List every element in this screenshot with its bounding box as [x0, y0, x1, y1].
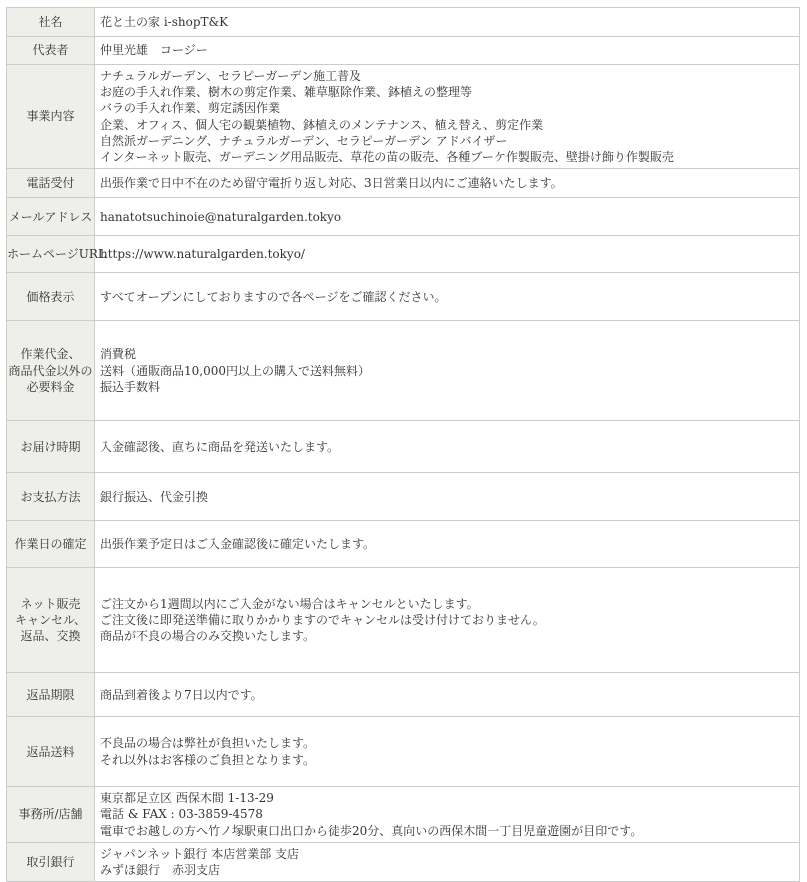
row-value-line: 東京都足立区 西保木間 1-13-29 [100, 790, 793, 806]
row-label-line: 返品、交換 [7, 628, 94, 644]
row-label: ネット販売キャンセル、返品、交換 [7, 568, 95, 673]
row-value: すべてオープンにしておりますので各ページをご確認ください。 [95, 273, 800, 321]
row-value: ナチュラルガーデン、セラピーガーデン施工普及お庭の手入れ作業、樹木の剪定作業、雑… [95, 65, 800, 169]
row-return-deadline: 返品期限 商品到着後より7日以内です。 [7, 673, 800, 717]
row-label-line: メールアドレス [7, 209, 94, 225]
row-value-line: ナチュラルガーデン、セラピーガーデン施工普及 [100, 68, 793, 84]
row-label: 作業日の確定 [7, 521, 95, 568]
row-label-line: 商品代金以外の [7, 363, 94, 379]
row-homepage-url: ホームページURL https://www.naturalgarden.toky… [7, 236, 800, 273]
row-value-line: 電車でお越しの方へ竹ノ塚駅東口出口から徒歩20分、真向いの西保木間一丁目児童遊園… [100, 823, 793, 839]
row-additional-fees: 作業代金、商品代金以外の必要料金 消費税送料（通販商品10,000円以上の購入で… [7, 321, 800, 421]
row-value-line: ご注文から1週間以内にご入金がない場合はキャンセルといたします。 [100, 596, 793, 612]
row-label-line: 必要料金 [7, 379, 94, 395]
row-value-line: 商品が不良の場合のみ交換いたします。 [100, 628, 793, 644]
row-label-line: ネット販売 [7, 596, 94, 612]
row-value-line: 花と土の家 i-shopT&K [100, 14, 793, 30]
company-info-table-body: 社名 花と土の家 i-shopT&K 代表者 仲里光雄 コージー 事業内容 ナチ… [7, 8, 800, 882]
row-return-shipping-fee: 返品送料 不良品の場合は弊社が負担いたします。それ以外はお客様のご負担となります… [7, 717, 800, 787]
row-value-line: それ以外はお客様のご負担となります。 [100, 752, 793, 768]
row-label-line: 返品期限 [7, 687, 94, 703]
row-value-line: 振込手数料 [100, 379, 793, 395]
row-value-line: hanatotsuchinoie@naturalgarden.tokyo [100, 209, 793, 225]
row-label: 返品期限 [7, 673, 95, 717]
row-value: hanatotsuchinoie@naturalgarden.tokyo [95, 198, 800, 236]
row-value-line: https://www.naturalgarden.tokyo/ [100, 246, 793, 262]
row-value-line: ジャパンネット銀行 本店営業部 支店 [100, 846, 793, 862]
row-value: 不良品の場合は弊社が負担いたします。それ以外はお客様のご負担となります。 [95, 717, 800, 787]
row-label-line: 価格表示 [7, 289, 94, 305]
row-label: メールアドレス [7, 198, 95, 236]
row-value: 銀行振込、代金引換 [95, 473, 800, 521]
row-label-line: 代表者 [7, 42, 94, 58]
row-value-line: 商品到着後より7日以内です。 [100, 687, 793, 703]
row-value: ジャパンネット銀行 本店営業部 支店みずほ銀行 赤羽支店 [95, 842, 800, 881]
row-label-line: お届け時期 [7, 439, 94, 455]
row-value-line: 自然派ガーデニング、ナチュラルガーデン、セラピーガーデン アドバイザー [100, 133, 793, 149]
row-value: 東京都足立区 西保木間 1-13-29電話 & FAX : 03-3859-45… [95, 787, 800, 843]
row-value: 出張作業予定日はご入金確認後に確定いたします。 [95, 521, 800, 568]
company-info-table: 社名 花と土の家 i-shopT&K 代表者 仲里光雄 コージー 事業内容 ナチ… [6, 7, 800, 882]
row-price-display: 価格表示 すべてオープンにしておりますので各ページをご確認ください。 [7, 273, 800, 321]
row-value-line: 入金確認後、直ちに商品を発送いたします。 [100, 439, 793, 455]
row-label: お届け時期 [7, 421, 95, 473]
row-value: 出張作業で日中不在のため留守電折り返し対応、3日営業日以内にご連絡いたします。 [95, 169, 800, 198]
row-label: 電話受付 [7, 169, 95, 198]
row-company-name: 社名 花と土の家 i-shopT&K [7, 8, 800, 37]
row-email-address: メールアドレス hanatotsuchinoie@naturalgarden.t… [7, 198, 800, 236]
row-label: 事務所/店舗 [7, 787, 95, 843]
row-label-line: 電話受付 [7, 175, 94, 191]
row-value-line: みずほ銀行 赤羽支店 [100, 862, 793, 878]
row-value: 仲里光雄 コージー [95, 37, 800, 65]
row-cancellation-return-exchange: ネット販売キャンセル、返品、交換 ご注文から1週間以内にご入金がない場合はキャン… [7, 568, 800, 673]
row-representative: 代表者 仲里光雄 コージー [7, 37, 800, 65]
page: 社名 花と土の家 i-shopT&K 代表者 仲里光雄 コージー 事業内容 ナチ… [0, 0, 807, 865]
row-phone-reception: 電話受付 出張作業で日中不在のため留守電折り返し対応、3日営業日以内にご連絡いた… [7, 169, 800, 198]
row-value-line: 送料（通販商品10,000円以上の購入で送料無料） [100, 363, 793, 379]
row-label: ホームページURL [7, 236, 95, 273]
row-value-line: インターネット販売、ガーデニング用品販売、草花の苗の販売、各種ブーケ作製販売、壁… [100, 149, 793, 165]
row-label-line: 事務所/店舗 [7, 806, 94, 822]
row-value: 消費税送料（通販商品10,000円以上の購入で送料無料）振込手数料 [95, 321, 800, 421]
row-label: 取引銀行 [7, 842, 95, 881]
row-label-line: ホームページURL [7, 246, 94, 262]
row-value-line: お庭の手入れ作業、樹木の剪定作業、雑草駆除作業、鉢植えの整理等 [100, 84, 793, 100]
row-value: 商品到着後より7日以内です。 [95, 673, 800, 717]
row-label-line: 作業代金、 [7, 346, 94, 362]
row-value-line: 仲里光雄 コージー [100, 42, 793, 58]
row-label: お支払方法 [7, 473, 95, 521]
row-delivery-time: お届け時期 入金確認後、直ちに商品を発送いたします。 [7, 421, 800, 473]
row-banks: 取引銀行 ジャパンネット銀行 本店営業部 支店みずほ銀行 赤羽支店 [7, 842, 800, 881]
row-payment-method: お支払方法 銀行振込、代金引換 [7, 473, 800, 521]
row-label-line: お支払方法 [7, 489, 94, 505]
row-label-line: 返品送料 [7, 744, 94, 760]
row-value-line: 出張作業予定日はご入金確認後に確定いたします。 [100, 536, 793, 552]
row-value: 入金確認後、直ちに商品を発送いたします。 [95, 421, 800, 473]
row-value: ご注文から1週間以内にご入金がない場合はキャンセルといたします。ご注文後に即発送… [95, 568, 800, 673]
row-value-line: ご注文後に即発送準備に取りかかりますのでキャンセルは受け付けておりません。 [100, 612, 793, 628]
row-value-line: すべてオープンにしておりますので各ページをご確認ください。 [100, 289, 793, 305]
row-value-line: バラの手入れ作業、剪定誘因作業 [100, 100, 793, 116]
row-value-line: 出張作業で日中不在のため留守電折り返し対応、3日営業日以内にご連絡いたします。 [100, 175, 793, 191]
row-label: 社名 [7, 8, 95, 37]
row-value-line: 電話 & FAX : 03-3859-4578 [100, 806, 793, 822]
row-work-date-confirmation: 作業日の確定 出張作業予定日はご入金確認後に確定いたします。 [7, 521, 800, 568]
row-value-line: 企業、オフィス、個人宅の観葉植物、鉢植えのメンテナンス、植え替え、剪定作業 [100, 117, 793, 133]
row-label: 返品送料 [7, 717, 95, 787]
row-label-line: 社名 [7, 14, 94, 30]
row-value-line: 消費税 [100, 346, 793, 362]
row-business-description: 事業内容 ナチュラルガーデン、セラピーガーデン施工普及お庭の手入れ作業、樹木の剪… [7, 65, 800, 169]
row-label-line: 事業内容 [7, 108, 94, 124]
row-label-line: 作業日の確定 [7, 536, 94, 552]
row-label-line: 取引銀行 [7, 854, 94, 870]
row-label: 代表者 [7, 37, 95, 65]
row-label-line: キャンセル、 [7, 612, 94, 628]
row-value-line: 銀行振込、代金引換 [100, 489, 793, 505]
row-label: 価格表示 [7, 273, 95, 321]
row-label: 作業代金、商品代金以外の必要料金 [7, 321, 95, 421]
row-value-line: 不良品の場合は弊社が負担いたします。 [100, 735, 793, 751]
row-value: 花と土の家 i-shopT&K [95, 8, 800, 37]
row-label: 事業内容 [7, 65, 95, 169]
row-office-store: 事務所/店舗 東京都足立区 西保木間 1-13-29電話 & FAX : 03-… [7, 787, 800, 843]
row-value: https://www.naturalgarden.tokyo/ [95, 236, 800, 273]
